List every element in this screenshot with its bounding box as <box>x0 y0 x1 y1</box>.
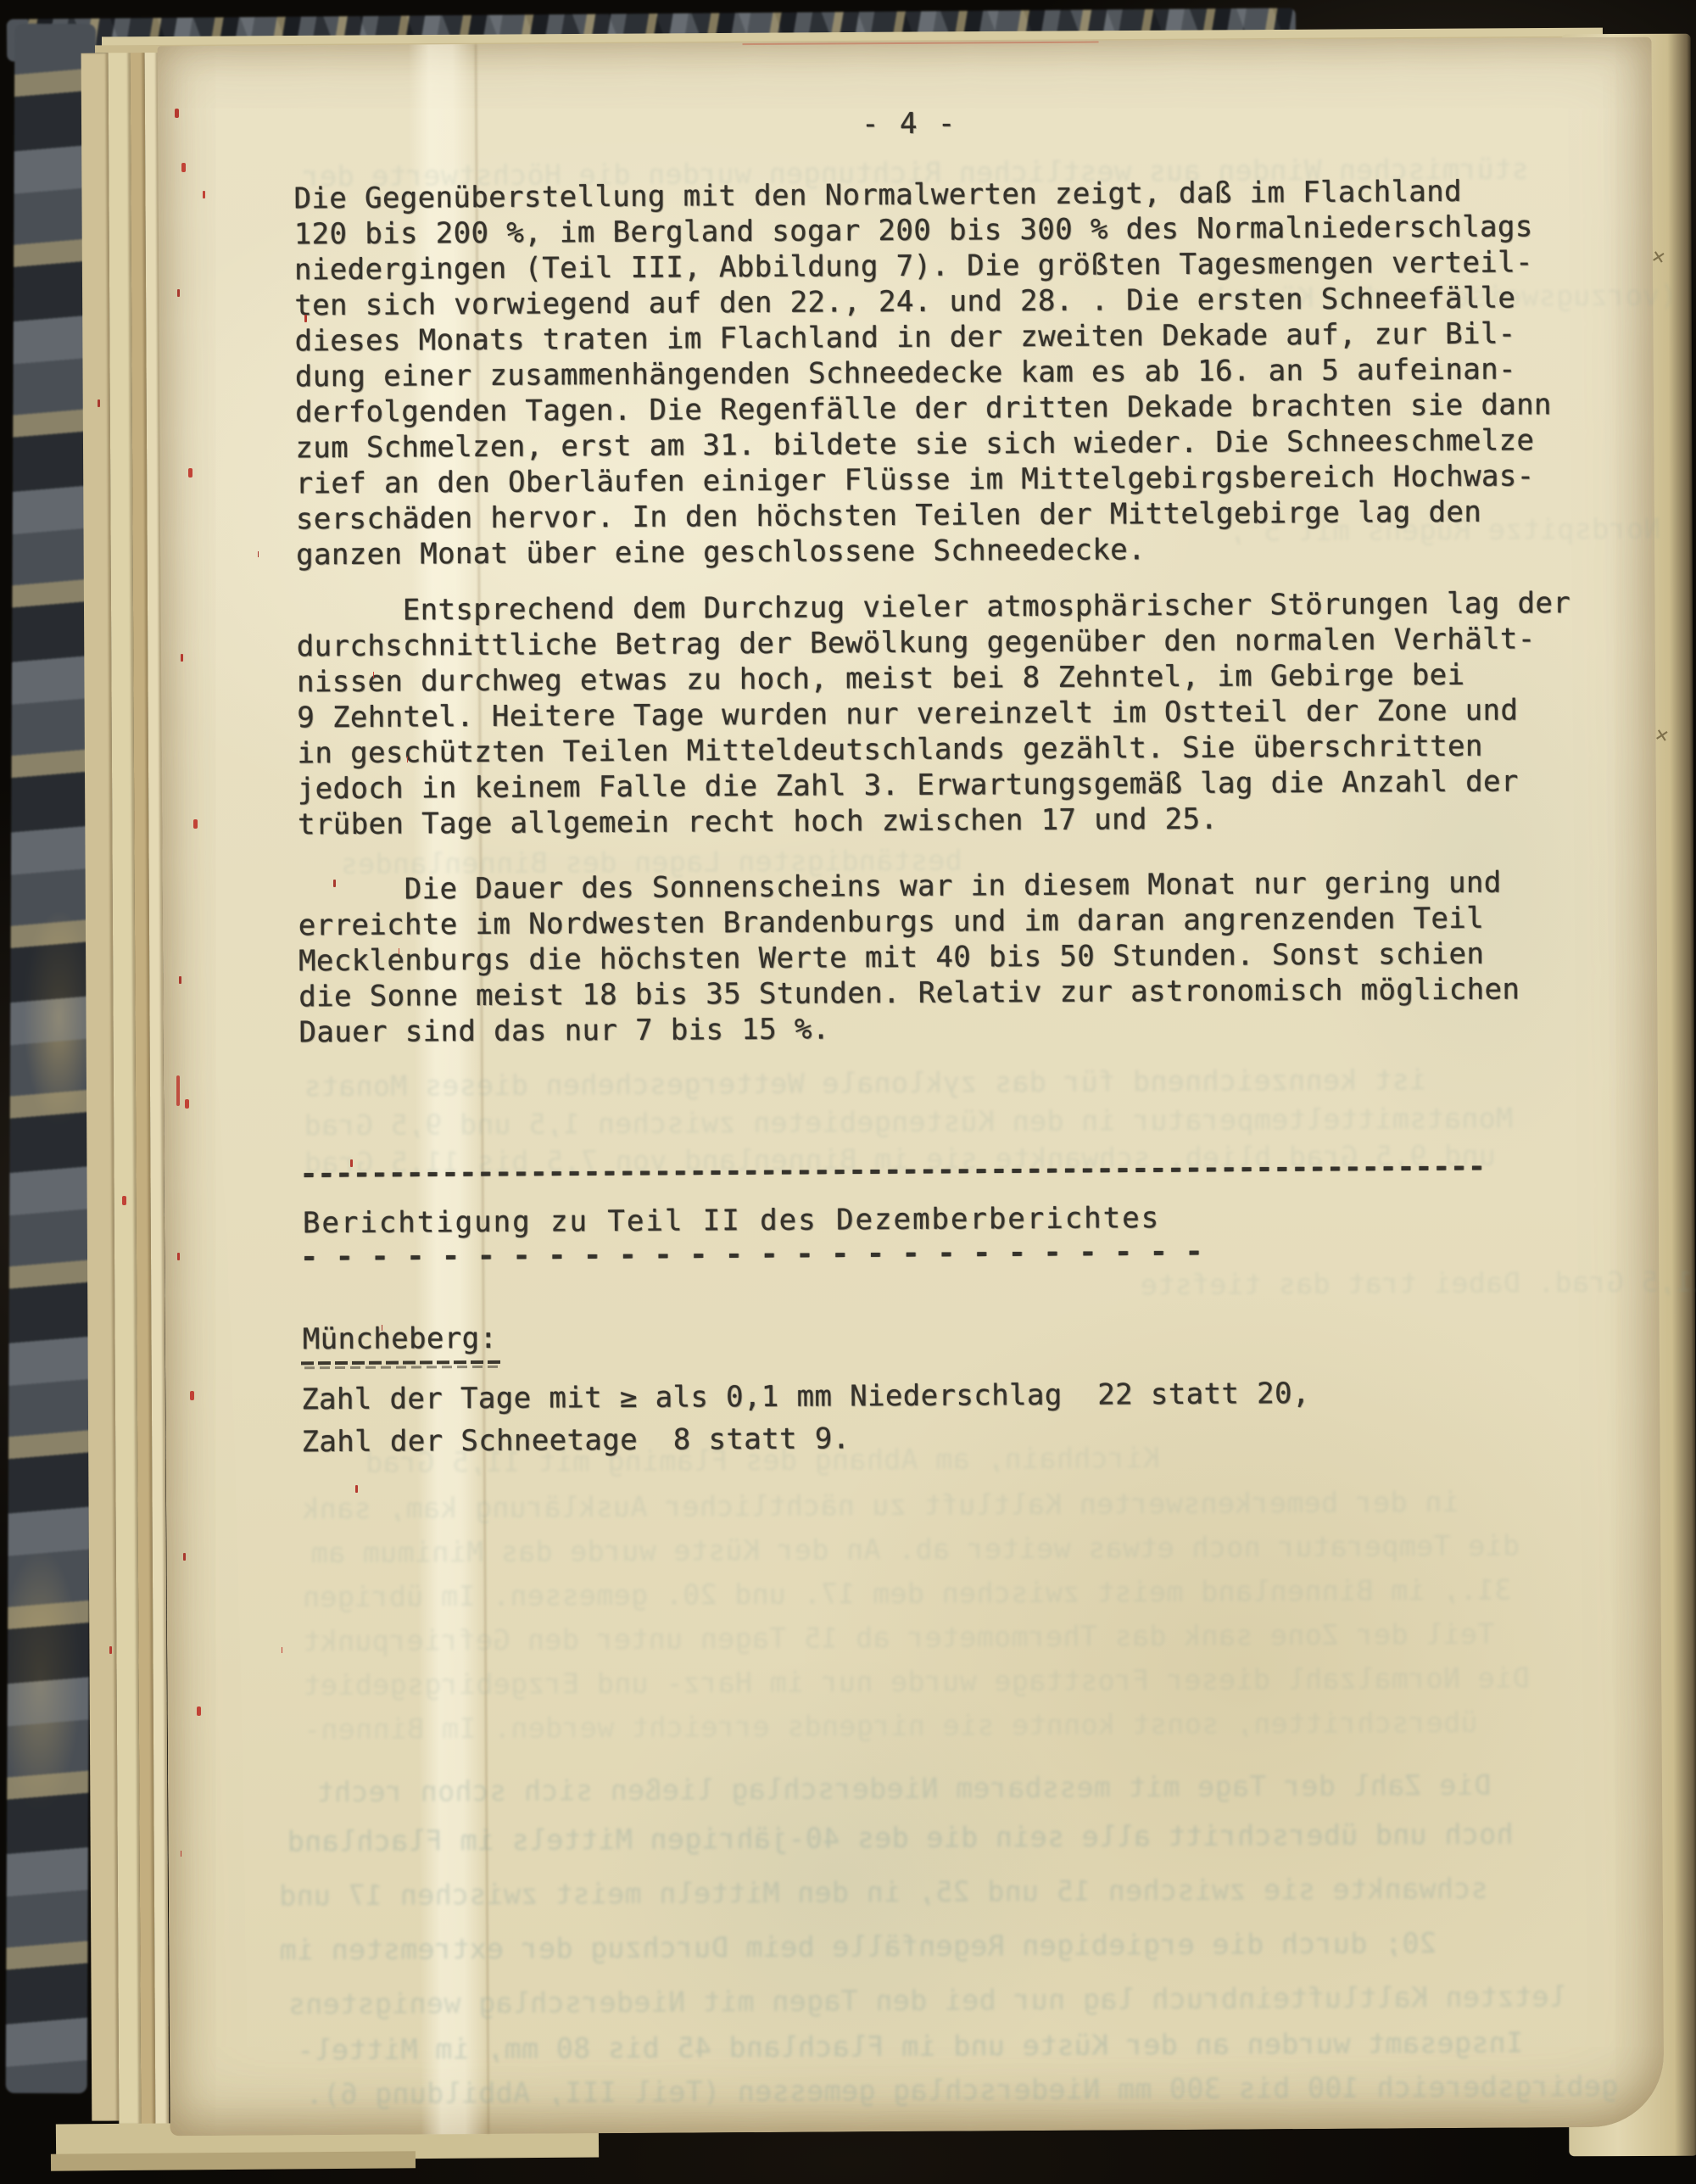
page-number: - 4 - <box>862 105 1031 142</box>
divider-dashes-top: ----------------------------------------… <box>299 1149 1486 1193</box>
red-speckles <box>175 109 179 118</box>
bleed-through-line: Insgesamt wurden an der Küste und im Fla… <box>297 2026 1523 2067</box>
bleed-through-line: die Temperatur noch etwas weiter ab. An … <box>310 1529 1520 1570</box>
paragraph-cloudiness: Entsprechend dem Durchzug vieler atmosph… <box>296 585 1571 842</box>
paragraph-sunshine: Die Dauer des Sonnenscheins war in diese… <box>298 865 1520 1051</box>
divider-dashes-bottom: - - - - - - - - - - - - - - - - - - - - … <box>300 1234 1203 1276</box>
bleed-through-line: Teil der Zone sank das Thermometer ab 15… <box>303 1617 1495 1658</box>
bleed-through-line: Die Zahl der Tage mit messbarem Niedersc… <box>316 1768 1491 1808</box>
bleed-through-line: 11,5 Grad. Dabei trat das tiefste <box>1140 1265 1696 1301</box>
bleed-through-line: Die Normalzahl dieser Frosttage wurde nu… <box>303 1661 1529 1701</box>
paragraph-precipitation: Die Gegenüberstellung mit den Normalwert… <box>293 173 1553 573</box>
bleed-through-line: in der bemerkenswerten Kaltluft zu nächt… <box>302 1485 1459 1525</box>
bleed-through-line: 31., im Binnenland meist zwischen dem 17… <box>303 1573 1512 1614</box>
bleed-through-line: Monatsmitteltemperatur in den Küstengebi… <box>304 1102 1513 1142</box>
bleed-through-line: letzten Kaltlufteinbruch lag nur bei den… <box>287 1980 1565 2020</box>
bleed-through-line: schwankte sie zwischen 15 und 25, in den… <box>279 1872 1488 1913</box>
document-page: stürmischen Winden aus westlichen Richtu… <box>157 37 1664 2137</box>
page-edge-strip-bottom <box>51 2151 416 2170</box>
red-streak <box>176 1075 180 1106</box>
station-name: Müncheberg: <box>303 1321 498 1357</box>
correction-statistics: Zahl der Tage mit ≥ als 0,1 mm Niedersch… <box>301 1372 1310 1463</box>
bleed-through-line: hoch und überschritt alle sein die des 4… <box>287 1818 1513 1858</box>
bleed-through-line: gebirgsbereich 100 bis 300 mm Niederschl… <box>305 2069 1618 2110</box>
bleed-through-line: 20; durch die ergiebigen Regenfälle beim… <box>279 1926 1437 1966</box>
page-top-edge-tint <box>742 42 1098 46</box>
scanned-document-page: × × stürmischen Winden aus westlichen Ri… <box>0 0 1696 2184</box>
bleed-through-line: überschritten, sonst konnte sie nirgends… <box>304 1706 1478 1746</box>
bleed-through-line: ist kennzeichnend für das zyklonale Wett… <box>304 1063 1426 1103</box>
